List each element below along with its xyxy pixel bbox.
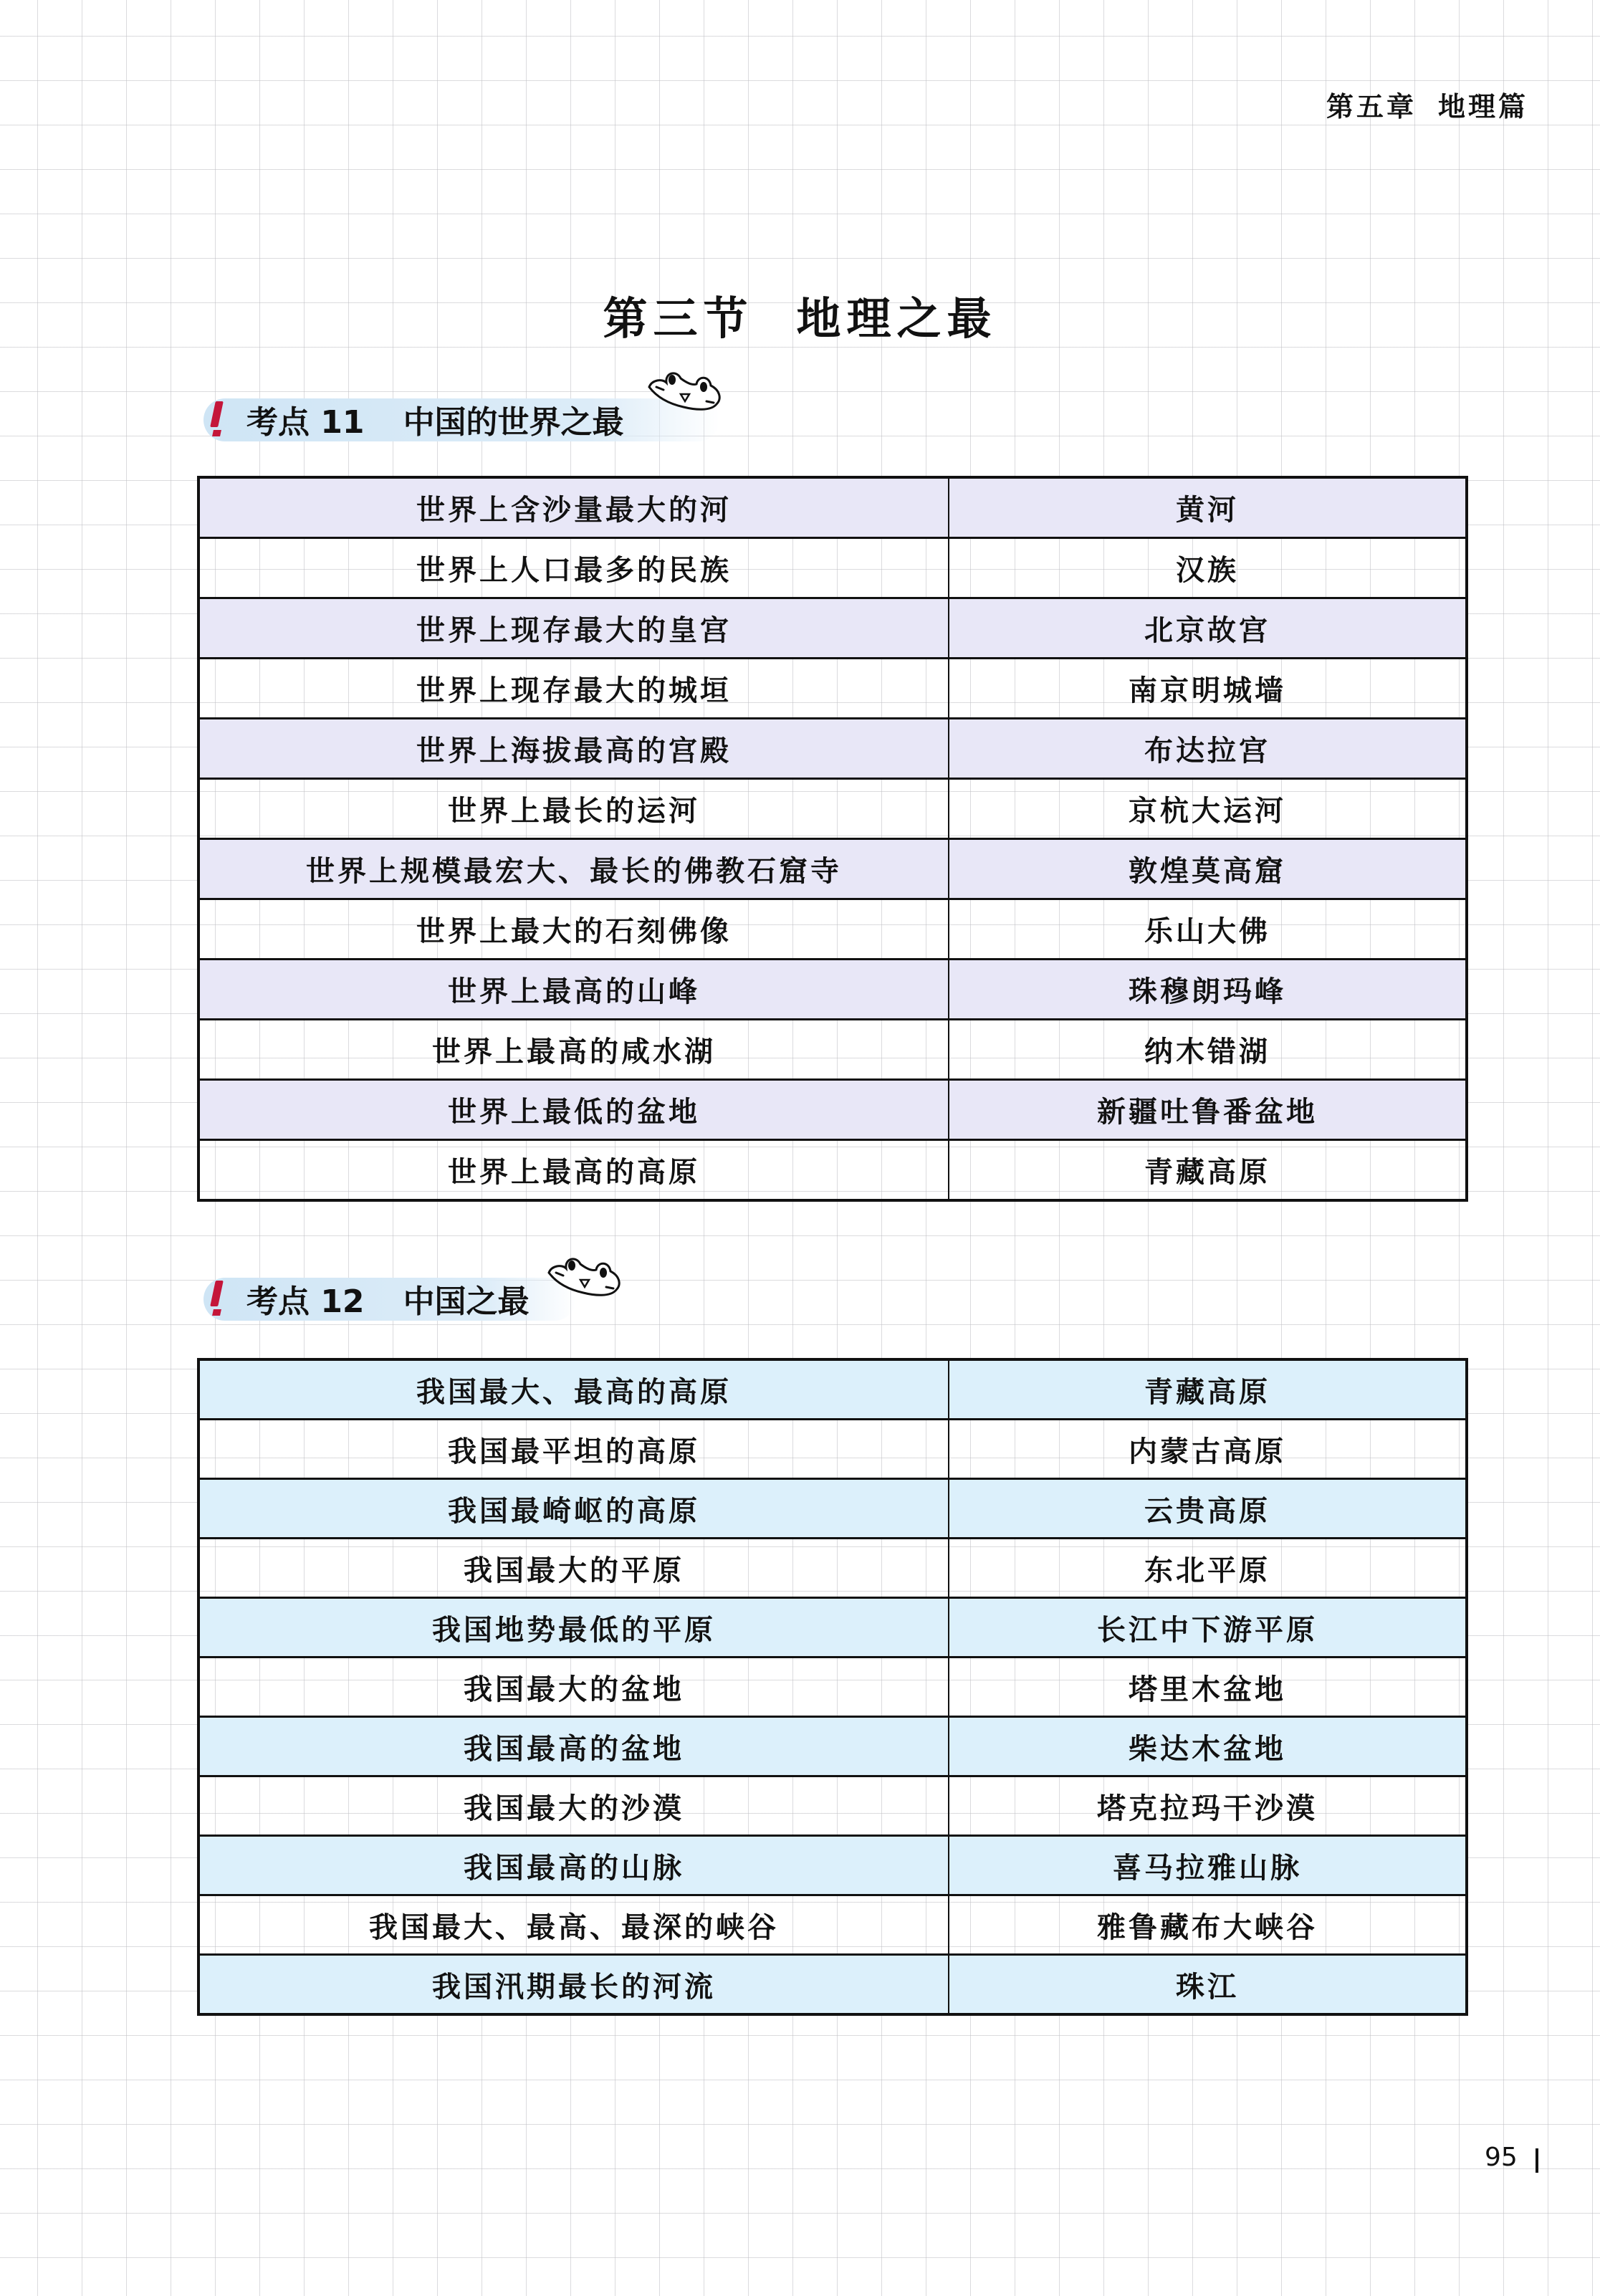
table-row: 我国最高的盆地柴达木盆地 [198,1717,1467,1776]
exclamation-icon [211,401,222,437]
section-name: 地理之最 [797,292,997,345]
item-cell: 世界上现存最大的皇宫 [198,598,949,659]
table-row: 我国最崎岖的高原云贵高原 [198,1479,1467,1539]
item-cell: 我国最高的山脉 [198,1836,949,1895]
exclamation-icon [211,1281,222,1316]
chapter-header: 第五章地理篇 [1326,85,1528,124]
table-row: 我国最大、最高、最深的峡谷雅鲁藏布大峡谷 [198,1895,1467,1955]
answer-cell: 新疆吐鲁番盆地 [949,1080,1467,1140]
table-row: 世界上规模最宏大、最长的佛教石窟寺敦煌莫高窟 [198,839,1467,899]
table-row: 世界上人口最多的民族汉族 [198,538,1467,598]
item-cell: 世界上最低的盆地 [198,1080,949,1140]
item-cell: 世界上最高的山峰 [198,960,949,1020]
table-row: 我国汛期最长的河流珠江 [198,1955,1467,2015]
kaodian-title: 中国的世界之最 [403,396,624,442]
answer-cell: 青藏高原 [949,1359,1467,1420]
item-cell: 世界上最长的运河 [198,779,949,839]
item-cell: 世界上现存最大的城垣 [198,659,949,719]
item-cell: 世界上最高的高原 [198,1140,949,1201]
answer-cell: 布达拉宫 [949,719,1467,779]
section-title: 第三节地理之最 [0,283,1600,347]
answer-cell: 汉族 [949,538,1467,598]
answer-cell: 塔里木盆地 [949,1658,1467,1717]
item-cell: 世界上含沙量最大的河 [198,477,949,538]
page-number: 95 [1485,2143,1518,2172]
table-row: 我国地势最低的平原长江中下游平原 [198,1598,1467,1658]
item-cell: 世界上最大的石刻佛像 [198,899,949,960]
table-row: 世界上最大的石刻佛像乐山大佛 [198,899,1467,960]
page-number-bar [1536,2148,1538,2173]
answer-cell: 内蒙古高原 [949,1420,1467,1479]
table-row: 我国最平坦的高原内蒙古高原 [198,1420,1467,1479]
item-cell: 我国最大、最高、最深的峡谷 [198,1895,949,1955]
item-cell: 我国汛期最长的河流 [198,1955,949,2015]
frog-icon [545,1253,623,1309]
answer-cell: 乐山大佛 [949,899,1467,960]
table-row: 我国最大、最高的高原青藏高原 [198,1359,1467,1420]
answer-cell: 柴达木盆地 [949,1717,1467,1776]
table-row: 我国最大的盆地塔里木盆地 [198,1658,1467,1717]
item-cell: 我国最大、最高的高原 [198,1359,949,1420]
item-cell: 我国最崎岖的高原 [198,1479,949,1539]
table-row: 世界上现存最大的城垣南京明城墙 [198,659,1467,719]
table-row: 我国最大的沙漠塔克拉玛干沙漠 [198,1776,1467,1836]
chapter-title: 地理篇 [1438,90,1528,123]
table-row: 我国最大的平原东北平原 [198,1539,1467,1598]
answer-cell: 雅鲁藏布大峡谷 [949,1895,1467,1955]
table-row: 世界上最长的运河京杭大运河 [198,779,1467,839]
answer-cell: 南京明城墙 [949,659,1467,719]
answer-cell: 青藏高原 [949,1140,1467,1201]
answer-cell: 黄河 [949,477,1467,538]
kaodian-label: 考点 11 [246,396,365,442]
answer-cell: 塔克拉玛干沙漠 [949,1776,1467,1836]
item-cell: 我国最大的盆地 [198,1658,949,1717]
item-cell: 世界上海拔最高的宫殿 [198,719,949,779]
item-cell: 世界上最高的咸水湖 [198,1020,949,1080]
section-number: 第三节 [603,292,753,345]
table-row: 世界上含沙量最大的河黄河 [198,477,1467,538]
kaodian-12-heading: 考点 12 中国之最 [195,1273,596,1324]
world-records-table: 世界上含沙量最大的河黄河 世界上人口最多的民族汉族 世界上现存最大的皇宫北京故宫… [197,476,1468,1202]
answer-cell: 北京故宫 [949,598,1467,659]
answer-cell: 云贵高原 [949,1479,1467,1539]
answer-cell: 纳木错湖 [949,1020,1467,1080]
answer-cell: 珠江 [949,1955,1467,2015]
item-cell: 我国最大的沙漠 [198,1776,949,1836]
answer-cell: 东北平原 [949,1539,1467,1598]
frog-icon [645,367,724,423]
item-cell: 我国地势最低的平原 [198,1598,949,1658]
answer-cell: 京杭大运河 [949,779,1467,839]
table-row: 世界上现存最大的皇宫北京故宫 [198,598,1467,659]
answer-cell: 敦煌莫高窟 [949,839,1467,899]
table-row: 世界上最高的咸水湖纳木错湖 [198,1020,1467,1080]
table-row: 世界上最高的山峰珠穆朗玛峰 [198,960,1467,1020]
item-cell: 我国最大的平原 [198,1539,949,1598]
table-row: 世界上海拔最高的宫殿布达拉宫 [198,719,1467,779]
answer-cell: 珠穆朗玛峰 [949,960,1467,1020]
table-row: 我国最高的山脉喜马拉雅山脉 [198,1836,1467,1895]
china-records-table: 我国最大、最高的高原青藏高原 我国最平坦的高原内蒙古高原 我国最崎岖的高原云贵高… [197,1358,1468,2016]
item-cell: 我国最平坦的高原 [198,1420,949,1479]
kaodian-title: 中国之最 [403,1276,530,1321]
table-row: 世界上最低的盆地新疆吐鲁番盆地 [198,1080,1467,1140]
answer-cell: 喜马拉雅山脉 [949,1836,1467,1895]
item-cell: 世界上规模最宏大、最长的佛教石窟寺 [198,839,949,899]
item-cell: 我国最高的盆地 [198,1717,949,1776]
kaodian-label: 考点 12 [246,1276,365,1321]
answer-cell: 长江中下游平原 [949,1598,1467,1658]
item-cell: 世界上人口最多的民族 [198,538,949,598]
table-row: 世界上最高的高原青藏高原 [198,1140,1467,1201]
chapter-number: 第五章 [1326,90,1417,123]
